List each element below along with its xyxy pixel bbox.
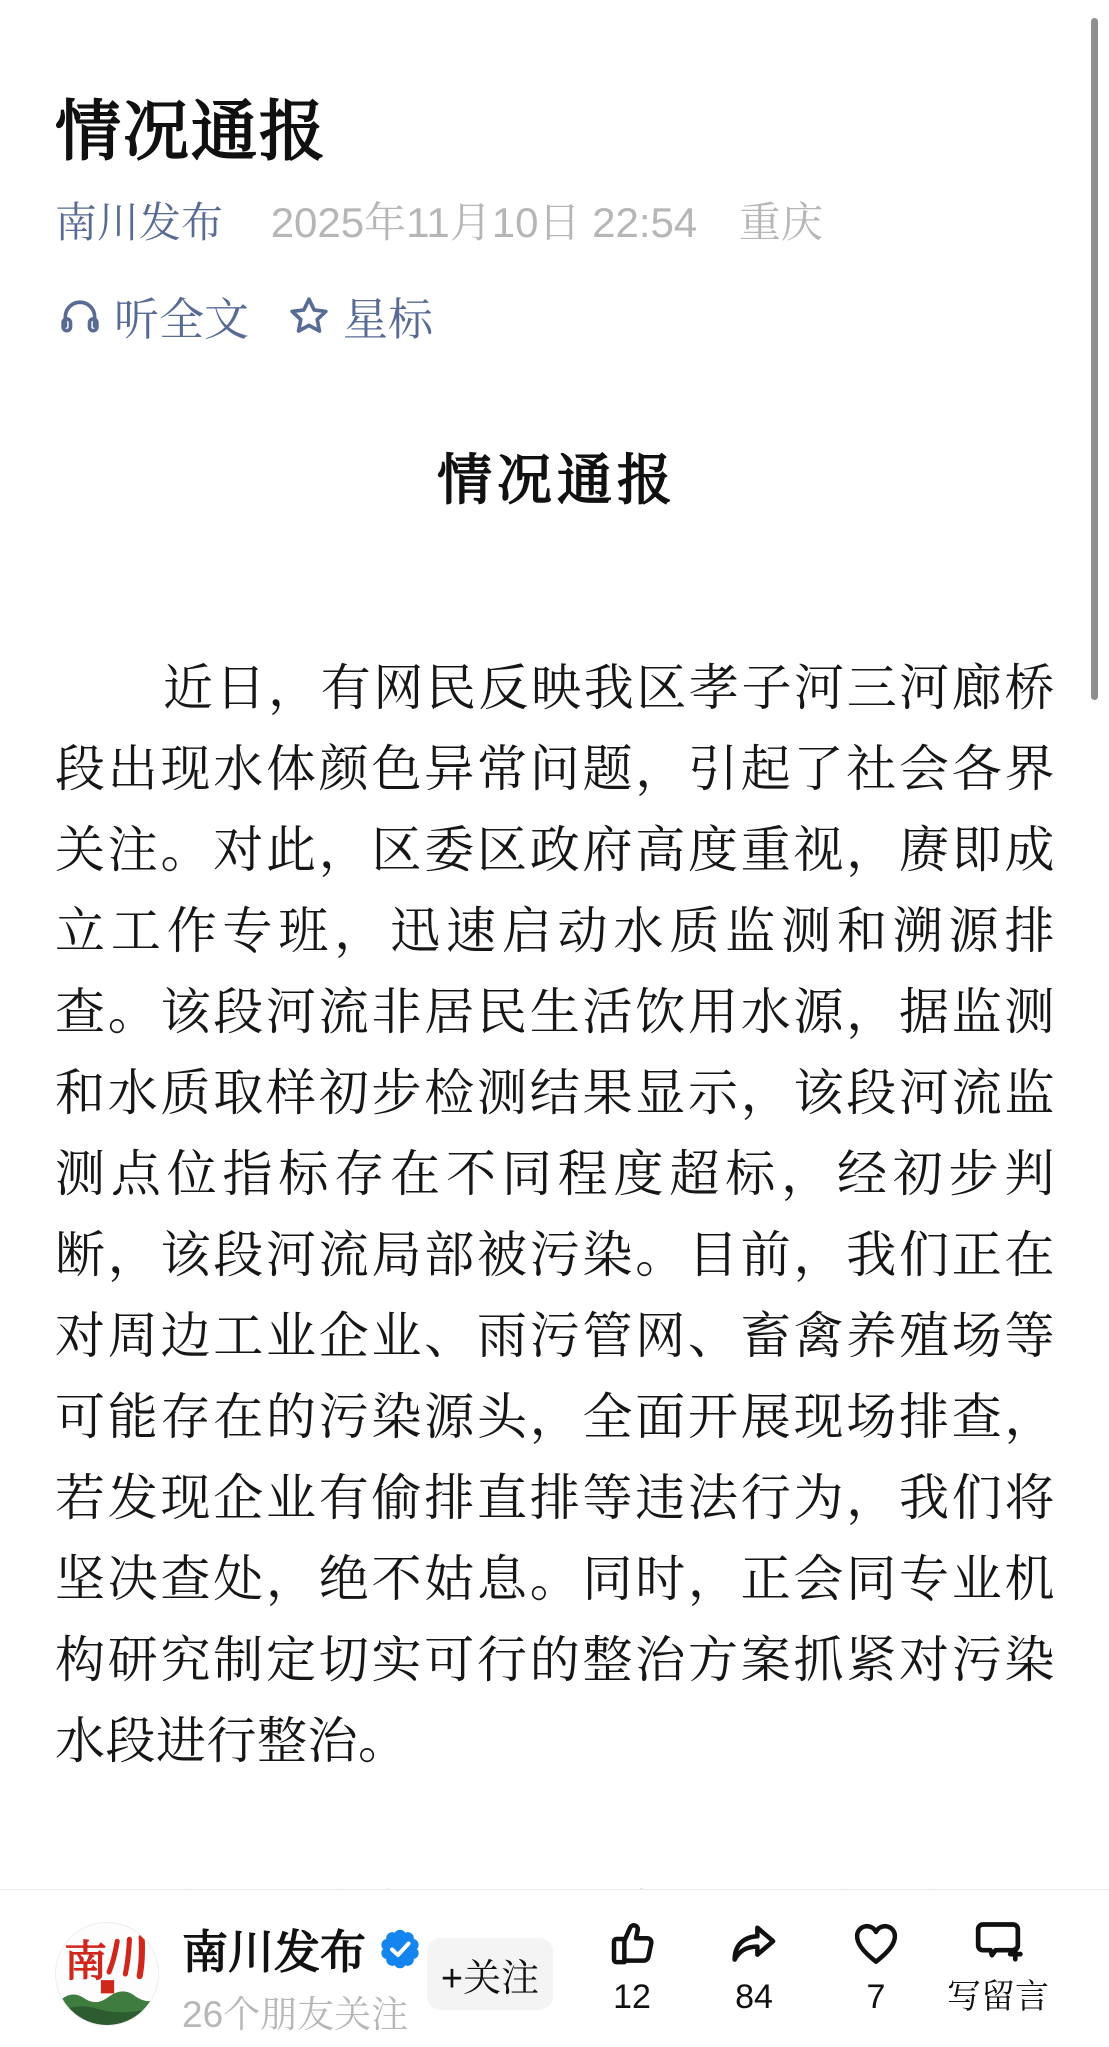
verified-badge-icon xyxy=(380,1929,420,1969)
star-article-label: 星标 xyxy=(343,283,433,348)
favorite-button[interactable]: 7 xyxy=(816,1912,936,2014)
publish-location: 重庆 xyxy=(739,199,823,246)
share-count: 84 xyxy=(735,1980,773,2014)
share-button[interactable]: 84 xyxy=(694,1912,814,2014)
account-link[interactable]: 南川发布 xyxy=(55,199,223,246)
account-name-text: 南川发布 xyxy=(182,1916,366,1982)
like-count: 12 xyxy=(613,1980,651,2014)
publish-date: 2025年11月10日 22:54 xyxy=(271,199,698,246)
follow-button-label: +关注 xyxy=(441,1947,539,2002)
comment-bubble-icon xyxy=(970,1912,1026,1970)
heart-icon xyxy=(849,1912,903,1970)
article-tools: 听全文 星标 xyxy=(58,283,433,348)
write-comment-button[interactable]: 写留言 xyxy=(938,1912,1058,2014)
favorite-count: 7 xyxy=(867,1980,886,2014)
account-avatar[interactable]: 南 xyxy=(55,1922,159,2026)
article-title: 情况通报 xyxy=(55,92,327,171)
article-paragraph: 近日，有网民反映我区孝子河三河廊桥段出现水体颜色异常问题，引起了社会各界关注。对… xyxy=(55,648,1055,1782)
wechat-article-page: 情况通报 南川发布 2025年11月10日 22:54 重庆 听全文 星 xyxy=(0,0,1109,2047)
article-body-heading: 情况通报 xyxy=(0,436,1109,515)
thumbs-up-icon xyxy=(605,1912,659,1970)
share-arrow-icon xyxy=(727,1912,781,1970)
avatar-calligraphy-nan: 南 xyxy=(64,1937,107,1987)
write-comment-label: 写留言 xyxy=(947,1980,1049,2014)
star-icon xyxy=(287,294,331,338)
account-name[interactable]: 南川发布 xyxy=(182,1916,420,1982)
scrollbar-thumb[interactable] xyxy=(1091,18,1098,700)
friends-following-note: 26个朋友关注 xyxy=(182,1984,408,2038)
follow-button[interactable]: +关注 xyxy=(427,1938,553,2010)
byline: 南川发布 2025年11月10日 22:54 重庆 xyxy=(55,190,823,250)
star-article-button[interactable]: 星标 xyxy=(287,283,433,348)
listen-full-text-button[interactable]: 听全文 xyxy=(58,283,249,348)
listen-full-text-label: 听全文 xyxy=(114,283,249,348)
like-button[interactable]: 12 xyxy=(572,1912,692,2014)
footer-bar: 南 南川发布 26个朋友关注 +关注 xyxy=(0,1890,1109,2047)
headphones-icon xyxy=(58,294,102,338)
